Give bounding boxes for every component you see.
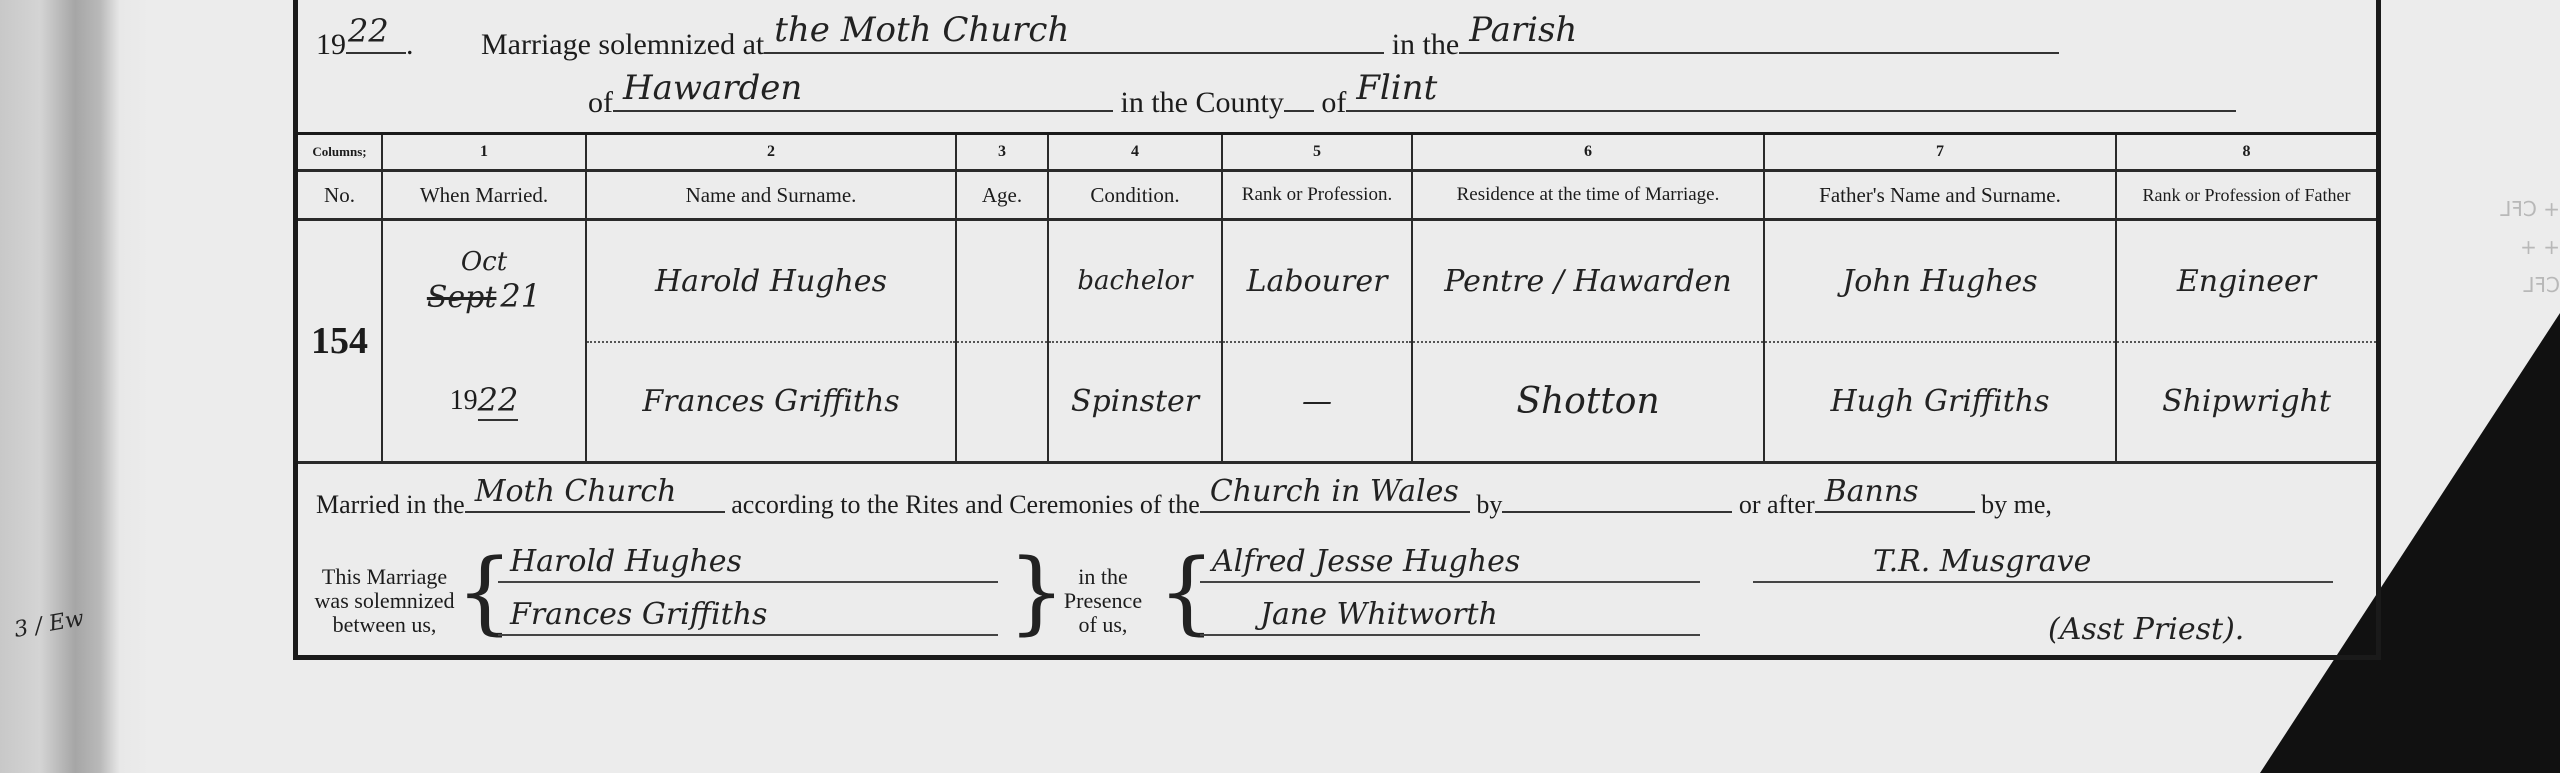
father-name-cell: John Hughes Hugh Griffiths (1765, 221, 2117, 461)
groom-signature: Harold Hughes (510, 544, 742, 579)
married-in-label: Married in the (316, 490, 465, 519)
father-profession-cell: Engineer Shipwright (2117, 221, 2376, 461)
or-after-label: or after (1739, 490, 1815, 519)
in-the-label: in the (1392, 28, 1460, 61)
groom-name: Harold Hughes (655, 264, 887, 299)
header-name: Name and Surname. (587, 172, 957, 218)
header-line-1: 1922. Marriage solemnized atthe Moth Chu… (316, 22, 2059, 62)
year-prefix: 19 (316, 28, 346, 61)
rites-label: according to the Rites and Ceremonies of… (731, 490, 1200, 519)
column-number: 2 (587, 135, 957, 169)
label-line: This Marriage (312, 565, 457, 589)
witness-1-line: Alfred Jesse Hughes (1200, 545, 1700, 583)
married-in-field: Moth Church (465, 485, 725, 513)
when-married-cell: Oct Sept 21 1922 (383, 221, 587, 461)
header-age: Age. (957, 172, 1049, 218)
rites-value: Church in Wales (1210, 474, 1459, 509)
date-year-suffix: 22 (478, 381, 519, 421)
label-line: in the (1048, 565, 1158, 589)
table-row: 154 Oct Sept 21 1922 Harold Hugh (298, 221, 2376, 464)
entry-number: 154 (298, 221, 381, 461)
header-father-name: Father's Name and Surname. (1765, 172, 2117, 218)
column-header-row: No. When Married. Name and Surname. Age.… (298, 172, 2376, 221)
district-type-value: Parish (1469, 10, 1577, 50)
column-number: 1 (383, 135, 587, 169)
header-residence: Residence at the time of Marriage. (1413, 172, 1765, 218)
bride-father-profession: Shipwright (2162, 384, 2331, 419)
by-field (1502, 485, 1732, 513)
groom-profession: Labourer (1247, 264, 1388, 299)
header-father-profession: Rank or Profession of Father (2117, 172, 2376, 218)
date-bottom: 1922 (383, 341, 585, 461)
groom-row: Engineer (2117, 221, 2376, 343)
year-suffix: 22 (348, 12, 389, 50)
or-after-field: Banns (1815, 485, 1975, 513)
groom-condition: bachelor (1077, 266, 1192, 296)
groom-row: Labourer (1223, 221, 1411, 343)
label-line: was solemnized (312, 589, 457, 613)
bride-row: Shotton (1413, 341, 1763, 461)
groom-father-name: John Hughes (1842, 264, 2037, 299)
bride-name: Frances Griffiths (642, 384, 899, 419)
age-cell (957, 221, 1049, 461)
bride-row: Frances Griffiths (587, 341, 955, 461)
rites-line: Married in theMoth Church according to t… (316, 485, 2052, 520)
pencil-note: + CFL + + CFL (2500, 190, 2560, 304)
bride-row: — (1223, 341, 1411, 461)
rites-field: Church in Wales (1200, 485, 1470, 513)
groom-row: Harold Hughes (587, 221, 955, 343)
profession-cell: Labourer — (1223, 221, 1413, 461)
entry-number-cell: 154 (298, 221, 383, 461)
groom-row: bachelor (1049, 221, 1221, 343)
month-correction: Oct (461, 247, 507, 277)
place-field: the Moth Church (764, 22, 1384, 54)
header-when-married: When Married. (383, 172, 587, 218)
groom-row (957, 221, 1047, 343)
district-name-value: Hawarden (623, 68, 802, 108)
of-label: of (588, 86, 613, 119)
margin-mark: 3 / Ew (13, 609, 86, 641)
groom-signature-line: Harold Hughes (498, 545, 998, 583)
label-line: Presence (1048, 589, 1158, 613)
residence-cell: Pentre / Hawarden Shotton (1413, 221, 1765, 461)
label-line: of us, (1048, 613, 1158, 637)
header-no: No. (298, 172, 383, 218)
officiant-signature: T.R. Musgrave (1873, 544, 2091, 579)
bride-father-name: Hugh Griffiths (1830, 384, 2049, 419)
district-name-field: Hawarden (613, 80, 1113, 112)
between-us-label: This Marriage was solemnized between us, (312, 565, 457, 637)
witness-1-signature: Alfred Jesse Hughes (1212, 544, 1520, 579)
witness-2-signature: Jane Whitworth (1260, 597, 1498, 632)
officiant-line: T.R. Musgrave (1753, 545, 2333, 583)
groom-row: Pentre / Hawarden (1413, 221, 1763, 343)
label-line: between us, (312, 613, 457, 637)
column-number: 4 (1049, 135, 1223, 169)
column-number: 5 (1223, 135, 1413, 169)
county-value: Flint (1356, 68, 1437, 108)
column-number: 6 (1413, 135, 1765, 169)
year-fill: 22 (346, 22, 406, 54)
struck-month: Sept (427, 280, 497, 315)
married-in-value: Moth Church (475, 474, 677, 509)
header-condition: Condition. (1049, 172, 1223, 218)
condition-cell: bachelor Spinster (1049, 221, 1223, 461)
pencil-note-line: + + CFL (2500, 228, 2560, 304)
bride-signature-line: Frances Griffiths (498, 598, 998, 636)
place-value: the Moth Church (774, 10, 1069, 50)
pencil-note-line: + CFL (2500, 190, 2560, 228)
bride-row: Hugh Griffiths (1765, 341, 2115, 461)
bride-row: Spinster (1049, 341, 1221, 461)
by-me-label: by me, (1981, 490, 2052, 519)
column-number-row: Columns; 1 2 3 4 5 6 7 8 (298, 135, 2376, 172)
header-profession: Rank or Profession. (1223, 172, 1413, 218)
day: 21 (500, 277, 541, 315)
bride-row (957, 341, 1047, 461)
bride-residence: Shotton (1516, 381, 1659, 422)
by-label: by (1476, 490, 1502, 519)
bride-profession: — (1302, 384, 1332, 419)
or-after-value: Banns (1825, 474, 1919, 509)
column-number: 3 (957, 135, 1049, 169)
presence-label: in the Presence of us, (1048, 565, 1158, 637)
county-of-label: of (1321, 86, 1346, 119)
entry-table: Columns; 1 2 3 4 5 6 7 8 No. When Marrie… (298, 132, 2376, 464)
officiant-title: (Asst Priest). (2048, 612, 2244, 647)
book-gutter: 3 / Ew (0, 0, 150, 773)
date-top: Oct Sept 21 (383, 221, 585, 341)
column-number: 8 (2117, 135, 2376, 169)
header-line-2: ofHawarden in the County ofFlint (588, 80, 2236, 120)
bride-row: Shipwright (2117, 341, 2376, 461)
solemnized-label: Marriage solemnized at (481, 28, 764, 61)
column-label: Columns; (298, 135, 383, 169)
witness-2-line: Jane Whitworth (1200, 598, 1700, 636)
groom-father-profession: Engineer (2177, 264, 2316, 299)
register-page: + CFL + + CFL 1922. Marriage solemnized … (150, 0, 2560, 773)
county-gap (1284, 80, 1314, 112)
county-field: Flint (1346, 80, 2236, 112)
column-number: 7 (1765, 135, 2117, 169)
county-label: in the County (1121, 86, 1284, 119)
groom-residence: Pentre / Hawarden (1444, 264, 1731, 299)
name-cell: Harold Hughes Frances Griffiths (587, 221, 957, 461)
district-type-field: Parish (1459, 22, 2059, 54)
date-year-prefix: 19 (450, 385, 478, 417)
bride-condition: Spinster (1071, 384, 1199, 419)
marriage-register-entry: 1922. Marriage solemnized atthe Moth Chu… (293, 0, 2381, 660)
date-line: Sept 21 (427, 277, 541, 315)
bride-signature: Frances Griffiths (510, 597, 767, 632)
groom-row: John Hughes (1765, 221, 2115, 343)
